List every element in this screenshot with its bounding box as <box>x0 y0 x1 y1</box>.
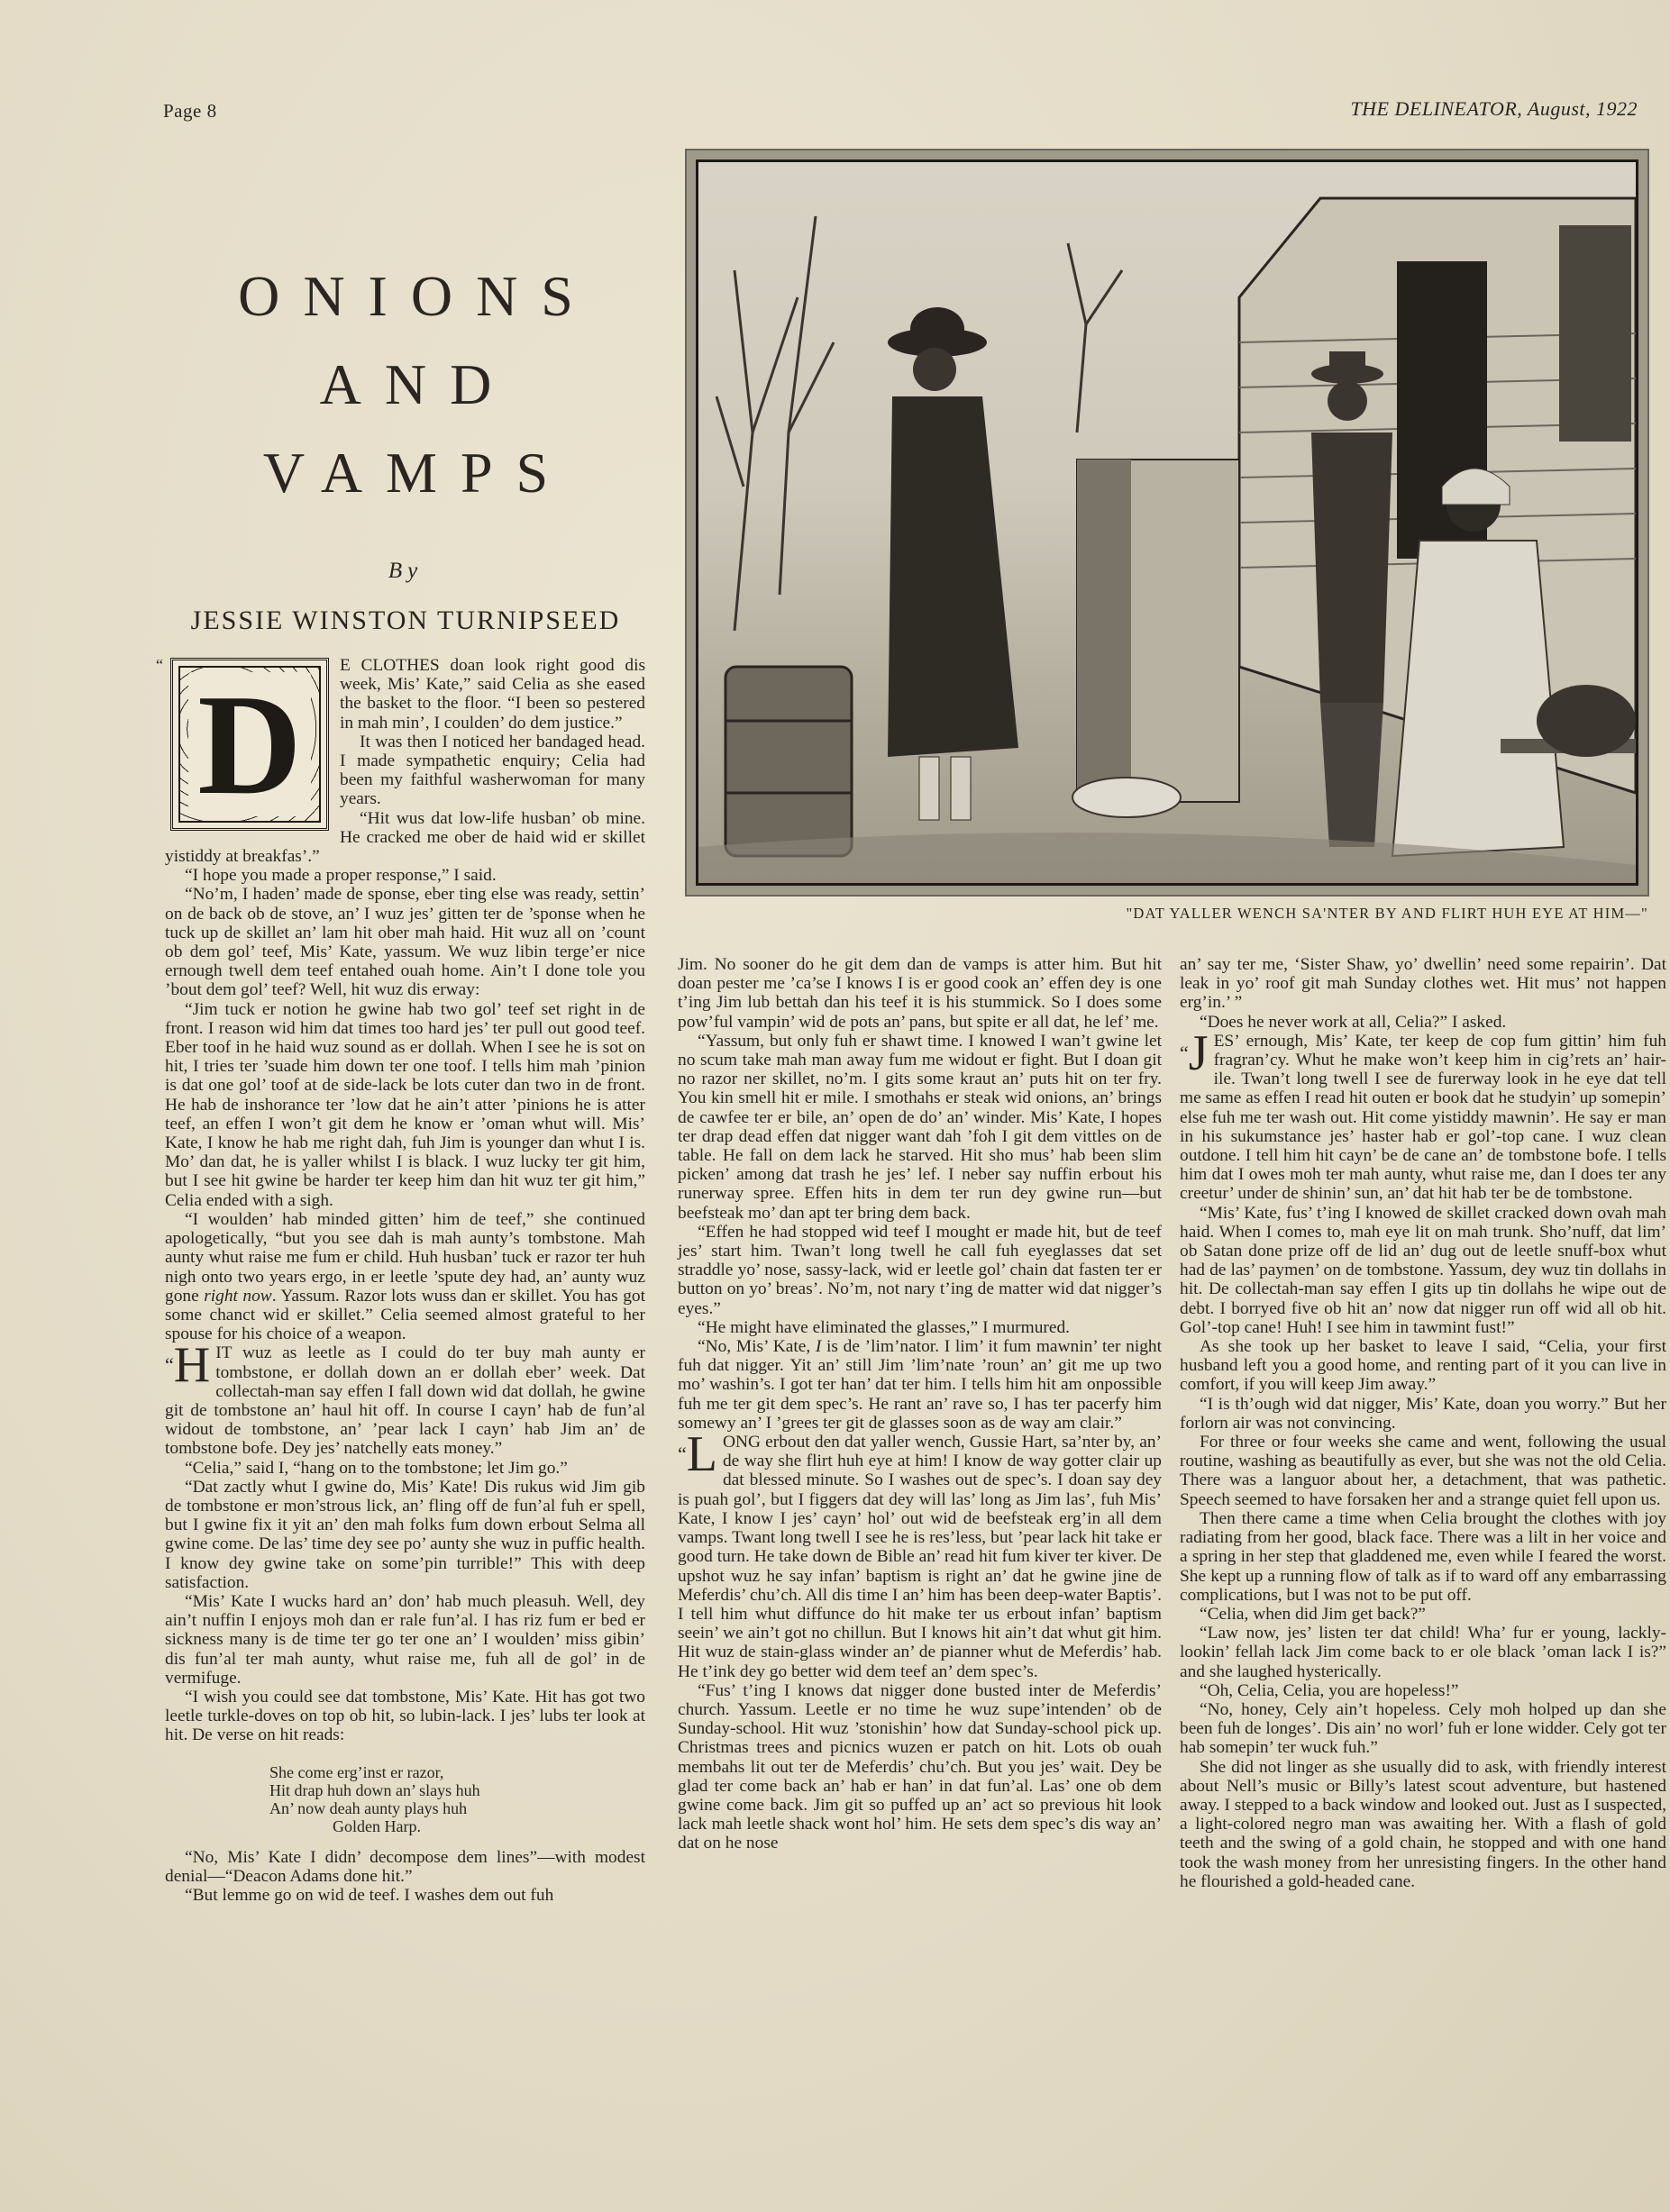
column-right: an’ say ter me, ‘Sister Shaw, yo’ dwelli… <box>1180 955 1666 1891</box>
paragraph: “I wish you could see dat tombstone, Mis… <box>165 1688 645 1745</box>
magazine-page: Page 8 THE DELINEATOR, August, 1922 ONIO… <box>0 0 1670 2212</box>
text-run: ONG erbout den dat yaller wench, Gussie … <box>678 1433 1162 1680</box>
paragraph: “Law now, jes’ listen ter dat child! Wha… <box>1180 1624 1666 1681</box>
text-run: IT wuz as leetle as I could do ter buy m… <box>165 1343 645 1458</box>
title-block: ONIONS AND VAMPS By JESSIE WINSTON TURNI… <box>167 252 644 636</box>
paragraph: “No, honey, Cely ain’t hopeless. Cely mo… <box>1180 1700 1666 1758</box>
paragraph: For three or four weeks she came and wen… <box>1180 1433 1666 1509</box>
drop-cap-ornament-icon: D <box>178 666 321 823</box>
paragraph: “Celia, when did Jim get back?” <box>1180 1605 1666 1624</box>
title-line-3: VAMPS <box>167 429 644 517</box>
paragraph: As she took up her basket to leave I sai… <box>1180 1337 1666 1395</box>
paragraph: “No, Mis’ Kate, I is de ’lim’nator. I li… <box>678 1337 1162 1433</box>
section-initial: “H <box>165 1345 210 1385</box>
running-head: THE DELINEATOR, August, 1922 <box>1350 97 1638 121</box>
initial-letter: J <box>1189 1025 1209 1081</box>
text-run: ES’ ernough, Mis’ Kate, ter keep de cop … <box>1180 1032 1666 1204</box>
verse-line: Golden Harp. <box>269 1817 645 1835</box>
paragraph: “Does he never work at all, Celia?” I as… <box>1180 1013 1666 1032</box>
section-paragraph: “HIT wuz as leetle as I could do ter buy… <box>165 1343 645 1458</box>
section-initial: “L <box>678 1434 717 1474</box>
opening-quote: “ <box>156 656 163 675</box>
column-left: “ D E CLOTHES doan look right good dis w… <box>165 656 645 1905</box>
column-middle: Jim. No sooner do he git dem dan de vamp… <box>678 955 1162 1853</box>
section-initial: “J <box>1180 1033 1209 1073</box>
quote-mark: “ <box>1180 1042 1189 1064</box>
quote-mark: “ <box>678 1443 687 1465</box>
paragraph: She did not linger as she usually did to… <box>1180 1758 1666 1891</box>
paragraph: “He might have eliminated the glasses,” … <box>678 1318 1162 1337</box>
paragraph: “Celia,” said I, “hang on to the tombsto… <box>165 1459 645 1478</box>
paragraph: an’ say ter me, ‘Sister Shaw, yo’ dwelli… <box>1180 955 1666 1013</box>
section-paragraph: “LONG erbout den dat yaller wench, Gussi… <box>678 1433 1162 1681</box>
illustration-drawing-icon <box>698 162 1636 883</box>
title-line-2: AND <box>167 341 644 429</box>
paragraph: “Dat zactly whut I gwine do, Mis’ Kate! … <box>165 1478 645 1592</box>
epitaph-verse: She come erg’inst er razor, Hit drap huh… <box>269 1763 645 1835</box>
verse-line: Hit drap huh down an’ slays huh <box>269 1781 645 1799</box>
paragraph: “No, Mis’ Kate I didn’ decompose dem lin… <box>165 1848 645 1886</box>
page-number: Page 8 <box>163 100 217 123</box>
title-line-1: ONIONS <box>167 252 644 341</box>
byline-prefix: By <box>167 559 644 584</box>
verse-line: An’ now deah aunty plays huh <box>269 1799 645 1817</box>
paragraph: “Fus’ t’ing I knows dat nigger done bust… <box>678 1681 1162 1853</box>
paragraph: “I is th’ough wid dat nigger, Mis’ Kate,… <box>1180 1395 1666 1433</box>
paragraph: “Yassum, but only fuh er shawt time. I k… <box>678 1032 1162 1223</box>
drop-cap-letter: D <box>188 672 311 816</box>
paragraph: Jim. No sooner do he git dem dan de vamp… <box>678 955 1162 1032</box>
paragraph: “Effen he had stopped wid teef I mought … <box>678 1223 1162 1318</box>
paragraph: “But lemme go on wid de teef. I washes d… <box>165 1886 645 1905</box>
paragraph: Then there came a time when Celia brough… <box>1180 1509 1666 1605</box>
initial-letter: H <box>174 1337 210 1393</box>
ornamental-drop-cap: D <box>170 658 329 831</box>
verse-line: She come erg’inst er razor, <box>269 1763 645 1781</box>
illustration <box>696 159 1638 886</box>
text-run: “No, Mis’ Kate, <box>698 1337 816 1356</box>
italic-run: right now <box>204 1287 272 1306</box>
quote-mark: “ <box>165 1353 174 1376</box>
paragraph: “Oh, Celia, Celia, you are hopeless!” <box>1180 1681 1666 1700</box>
illustration-caption: "DAT YALLER WENCH SA'NTER BY AND FLIRT H… <box>1126 905 1648 923</box>
paragraph: “Mis’ Kate, fus’ t’ing I knowed de skill… <box>1180 1204 1666 1337</box>
paragraph: “I woulden’ hab minded gitten’ him de te… <box>165 1210 645 1343</box>
author-name: JESSIE WINSTON TURNIPSEED <box>167 605 644 636</box>
paragraph: “Jim tuck er notion he gwine hab two gol… <box>165 1000 645 1210</box>
initial-letter: L <box>687 1426 717 1482</box>
paragraph: “No’m, I haden’ made de sponse, eber tin… <box>165 885 645 999</box>
illustration-frame <box>685 149 1649 897</box>
section-paragraph: “JES’ ernough, Mis’ Kate, ter keep de co… <box>1180 1032 1666 1204</box>
paragraph: “Mis’ Kate I wucks hard an’ don’ hab muc… <box>165 1592 645 1688</box>
paragraph: “I hope you made a proper response,” I s… <box>165 866 645 885</box>
